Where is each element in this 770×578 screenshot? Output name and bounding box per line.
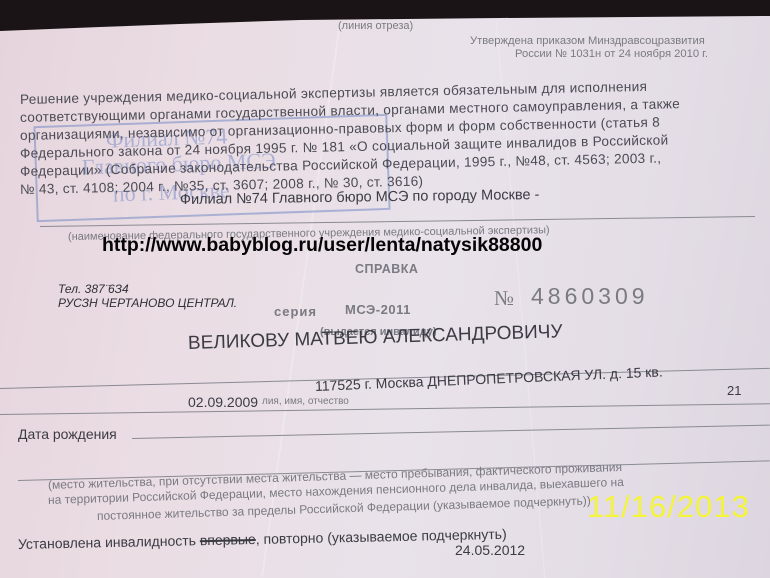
birth-date-line (132, 425, 770, 439)
address-overlap-caption: лия, имя, отчество (262, 396, 349, 407)
series-label: серия (274, 304, 317, 319)
camera-date-stamp: 11/16/2013 (587, 489, 750, 525)
address-value: 117525 г. Москва ДНЕПРОПЕТРОВСКАЯ УЛ. д.… (315, 363, 663, 394)
cut-line-label: (линия отреза) (338, 20, 413, 32)
disability-line: Установлена инвалидность впервые, повтор… (18, 526, 507, 552)
approval-line-2: России № 1031н от 24 ноября 2010 г. (515, 48, 708, 60)
birth-date-value: 02.09.2009 (188, 394, 258, 410)
address-lower-line (0, 403, 770, 415)
disability-label: Установлена инвалидность (18, 532, 196, 552)
phone-number: Тел. 387 ̈6З4 (58, 282, 129, 296)
apartment-value: 21 (727, 383, 741, 398)
birth-date-label: Дата рождения (18, 426, 117, 442)
disability-date: 24.05.2012 (455, 542, 525, 558)
recipient-name: ВЕЛИКОВУ МАТВЕЮ АЛЕКСАНДРОВИЧУ (188, 321, 563, 355)
disability-first-time: впервые (200, 531, 256, 548)
certificate-number: 4860309 (531, 283, 649, 310)
series-value: МСЭ-2011 (345, 302, 411, 317)
number-sign: № (494, 286, 514, 311)
approval-line-1: Утверждена приказом Минздравсоцразвития (470, 35, 705, 47)
rusnz-department: РУСЗН ЧЕРТАНОВО ЦЕНТРАЛ. (58, 296, 237, 310)
watermark-url: http://www.babyblog.ru/user/lenta/natysi… (102, 234, 542, 257)
certificate-title: СПРАВКА (355, 262, 418, 276)
